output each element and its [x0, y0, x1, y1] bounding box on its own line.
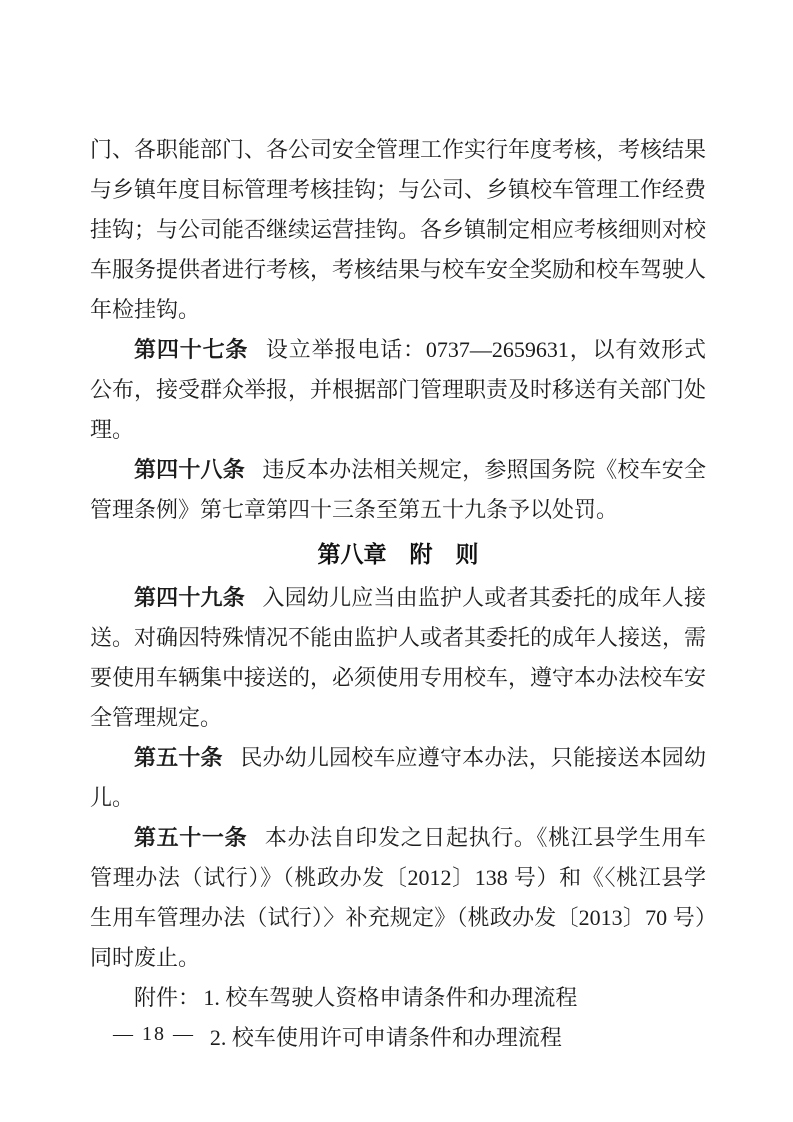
paragraph-continuation: 门、各职能部门、各公司安全管理工作实行年度考核，考核结果与乡镇年度目标管理考核挂…: [90, 130, 706, 330]
article-47-number: 第四十七条: [134, 337, 248, 362]
attachment-item-1: 1. 校车驾驶人资格申请条件和办理流程: [203, 985, 577, 1010]
article-50: 第五十条民办幼儿园校车应遵守本办法，只能接送本园幼儿。: [90, 738, 706, 818]
page-number: — 18 —: [113, 1022, 195, 1046]
article-51-number: 第五十一条: [134, 825, 247, 850]
article-47: 第四十七条设立举报电话：0737—2659631，以有效形式公布，接受群众举报，…: [90, 330, 706, 450]
attachment-label: 附件：: [134, 985, 200, 1010]
document-page: 门、各职能部门、各公司安全管理工作实行年度考核，考核结果与乡镇年度目标管理考核挂…: [0, 0, 793, 1122]
article-50-number: 第五十条: [134, 745, 223, 770]
document-body: 门、各职能部门、各公司安全管理工作实行年度考核，考核结果与乡镇年度目标管理考核挂…: [90, 130, 706, 1058]
article-49: 第四十九条入园幼儿应当由监护人或者其委托的成年人接送。对确因特殊情况不能由监护人…: [90, 578, 706, 738]
article-48-number: 第四十八条: [134, 457, 245, 482]
chapter-heading: 第八章 附 则: [90, 534, 706, 574]
article-49-number: 第四十九条: [134, 585, 245, 610]
attachment-line-1: 附件：1. 校车驾驶人资格申请条件和办理流程: [90, 978, 706, 1018]
article-48: 第四十八条违反本办法相关规定，参照国务院《校车安全管理条例》第七章第四十三条至第…: [90, 450, 706, 530]
article-51: 第五十一条本办法自印发之日起执行。《桃江县学生用车管理办法（试行）》（桃政办发〔…: [90, 818, 706, 978]
